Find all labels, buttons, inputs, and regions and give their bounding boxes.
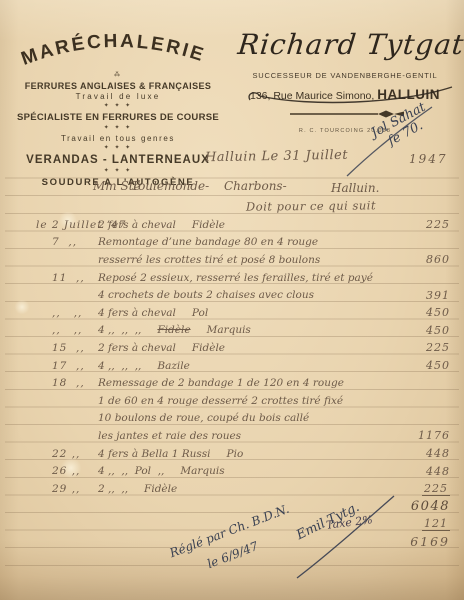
entry-date: 15 ,,: [0, 342, 98, 354]
entry-text: 10 boulons de roue, coupé du bois callé: [98, 412, 309, 424]
entry-description: 4 ,, ,, Pol ,,Marquis: [98, 465, 400, 477]
ornament-icon: ✦ ✦ ✦: [16, 168, 220, 175]
ledger-row: 15 ,,2 fers à chevalFidèle225: [0, 339, 464, 357]
svg-text:MARÉCHALERIE: MARÉCHALERIE: [19, 31, 208, 70]
amount-value: 225: [422, 482, 450, 496]
entry-description: Remontage d’une bandage 80 en 4 rouge: [98, 236, 400, 248]
entry-text: 4 fers à Bella 1 Russi: [98, 448, 211, 460]
entry-amount: 450: [400, 306, 464, 319]
entry-description: Reposé 2 essieux, resserré les ferailles…: [98, 272, 400, 284]
street-address: 136, Rue Maurice Simono,: [250, 90, 374, 102]
amount-value: 450: [426, 324, 450, 337]
client-city: Halluin.: [331, 181, 379, 195]
arched-title: MARÉCHALERIE: [16, 24, 220, 70]
amount-value: 1176: [418, 429, 450, 442]
ledger-row: 10 boulons de roue, coupé du bois callé: [0, 410, 464, 428]
entry-text: resserré les crottes tiré et posé 8 boul…: [98, 254, 320, 266]
entry-date: 17 ,,: [0, 360, 98, 372]
successor-line: SUCCESSEUR DE VANDENBERGHE-GENTIL: [238, 71, 452, 80]
invoice-document: MARÉCHALERIE ⁂ FERRURES ANGLAISES & FRAN…: [0, 0, 464, 600]
ledger-row: 11 ,,Reposé 2 essieux, resserré les fera…: [0, 269, 464, 287]
entry-description: 2 ,, ,,Fidèle: [98, 483, 400, 495]
entry-date: 22 ,,: [0, 448, 98, 460]
letterhead-line-specialiste: SPÉCIALISTE EN FERRURES DE COURSE: [16, 112, 220, 123]
entry-amount: 860: [400, 253, 464, 266]
horse-name: Fidèle: [192, 219, 225, 231]
horse-name: Fidèle: [192, 342, 225, 354]
entry-text: 2 ,, ,,: [98, 483, 128, 495]
letterhead-title: MARÉCHALERIE: [19, 31, 208, 70]
horse-name: Bazile: [157, 360, 189, 372]
entry-description: les jantes et raie des roues: [98, 430, 400, 442]
entry-amount: 448: [400, 447, 464, 460]
entry-description: 2 fers à chevalFidèle: [98, 219, 400, 231]
ledger-row: resserré les crottes tiré et posé 8 boul…: [0, 251, 464, 269]
ledger-row: 7 ,,Remontage d’une bandage 80 en 4 roug…: [0, 234, 464, 252]
entry-description: 2 fers à chevalFidèle: [98, 342, 400, 354]
horse-name: Marquis: [207, 324, 251, 336]
letterhead-line-verandas: VERANDAS - LANTERNEAUX: [16, 154, 220, 166]
ledger-row: 29 ,,2 ,, ,,Fidèle225: [0, 480, 464, 498]
subtotal-row: 6048: [0, 498, 464, 516]
entry-date: 11 ,,: [0, 272, 98, 284]
ledger-rows: le 2 Juillet ’472 fers à chevalFidèle225…: [0, 216, 464, 498]
amount-value: 450: [426, 359, 450, 372]
amount-value: 391: [426, 289, 450, 302]
entry-date: le 2 Juillet ’47: [0, 219, 98, 231]
entry-text: Remontage d’une bandage 80 en 4 rouge: [98, 236, 318, 248]
entry-description: 4 fers à Bella 1 RussiPio: [98, 448, 400, 460]
entry-description: resserré les crottes tiré et posé 8 boul…: [98, 254, 400, 266]
entry-amount: 225: [400, 218, 464, 231]
ledger-row: 26 ,,4 ,, ,, Pol ,,Marquis448: [0, 462, 464, 480]
ornament-icon: ✦ ✦ ✦: [16, 103, 220, 110]
client-name: Toulemonde-: [131, 179, 209, 193]
entry-description: 4 ,, ,, ,,Bazile: [98, 360, 400, 372]
ledger-row: 18 ,,Remessage de 2 bandage 1 de 120 en …: [0, 374, 464, 392]
amount-value: 448: [426, 465, 450, 478]
client-trade: Charbons-: [224, 179, 287, 193]
ledger-row: ,, ,,4 fers à chevalPol450: [0, 304, 464, 322]
year: 1947: [409, 152, 448, 166]
amount-value: 225: [426, 341, 450, 354]
entry-text: les jantes et raie des roues: [98, 430, 241, 442]
ledger-row: 4 crochets de bouts 2 chaises avec clous…: [0, 286, 464, 304]
entry-text: 4 ,, ,, ,,: [98, 360, 141, 372]
entry-text: 2 fers à cheval: [98, 219, 176, 231]
company-name: Richard Tytgat: [236, 28, 453, 61]
place-date: Halluin Le 31 Juillet: [205, 148, 348, 165]
entry-date: 7 ,,: [0, 236, 98, 248]
entry-amount: 225: [400, 482, 464, 495]
total-amount: 6169: [400, 534, 464, 549]
ledger-row: 1 de 60 en 4 rouge desserré 2 crottes ti…: [0, 392, 464, 410]
entry-date: ,, ,,: [0, 307, 98, 319]
entry-amount: 450: [400, 324, 464, 337]
entry-text: 1 de 60 en 4 rouge desserré 2 crottes ti…: [98, 395, 343, 407]
ledger-row: 22 ,,4 fers à Bella 1 RussiPio448: [0, 445, 464, 463]
horse-name: Pol: [192, 307, 208, 319]
entry-amount: 225: [400, 341, 464, 354]
entry-description: 4 fers à chevalPol: [98, 307, 400, 319]
ornament-icon: ✦ ✦ ✦: [16, 125, 220, 132]
amount-value: 225: [426, 218, 450, 231]
ledger-row: le 2 Juillet ’472 fers à chevalFidèle225: [0, 216, 464, 234]
horse-name: Pio: [227, 448, 244, 460]
entry-text: 4 fers à cheval: [98, 307, 176, 319]
entry-date: 26 ,,: [0, 465, 98, 477]
entry-description: Remessage de 2 bandage 1 de 120 en 4 rou…: [98, 377, 400, 389]
entry-text: 4 ,, ,, Pol ,,: [98, 465, 164, 477]
entry-description: 10 boulons de roue, coupé du bois callé: [98, 412, 400, 424]
entry-struck-text: Fidèle: [157, 324, 190, 336]
entry-text: Reposé 2 essieux, resserré les ferailles…: [98, 272, 373, 284]
ornament-icon: ✦ ✦ ✦: [16, 145, 220, 152]
entry-date: ,, ,,: [0, 324, 98, 336]
ornament-icon: ⁂: [16, 72, 220, 79]
amount-value: 860: [426, 253, 450, 266]
horse-name: Marquis: [180, 465, 224, 477]
entry-text: 4 crochets de bouts 2 chaises avec clous: [98, 289, 314, 301]
horse-name: Fidèle: [144, 483, 177, 495]
entry-description: 1 de 60 en 4 rouge desserré 2 crottes ti…: [98, 395, 400, 407]
letterhead-left: MARÉCHALERIE ⁂ FERRURES ANGLAISES & FRAN…: [16, 24, 220, 189]
tax-amount: 121: [422, 517, 450, 531]
letterhead-line-ferrures: FERRURES ANGLAISES & FRANÇAISES: [16, 81, 220, 91]
ledger-row: ,, ,,4 ,, ,, ,,FidèleMarquis450: [0, 322, 464, 340]
amount-value: 448: [426, 447, 450, 460]
entry-date: 29 ,,: [0, 483, 98, 495]
entry-description: 4 ,, ,, ,,FidèleMarquis: [98, 324, 400, 336]
entry-amount: 1176: [400, 429, 464, 442]
entry-amount: 391: [400, 289, 464, 302]
doit-line: Doit pour ce qui suit: [246, 198, 376, 213]
letterhead-line-travail-luxe: Travail de luxe: [16, 92, 220, 101]
subtotal-amount: 6048: [400, 499, 464, 514]
ledger-row: les jantes et raie des roues1176: [0, 427, 464, 445]
entry-text: Remessage de 2 bandage 1 de 120 en 4 rou…: [98, 377, 344, 389]
entry-amount: 450: [400, 359, 464, 372]
entry-text: 4 ,, ,, ,,: [98, 324, 141, 336]
entry-description: 4 crochets de bouts 2 chaises avec clous: [98, 289, 400, 301]
amount-value: 450: [426, 306, 450, 319]
ledger-row: 17 ,,4 ,, ,, ,,Bazile450: [0, 357, 464, 375]
ledger: le 2 Juillet ’472 fers à chevalFidèle225…: [0, 216, 464, 550]
entry-amount: 448: [400, 465, 464, 478]
letterhead-line-genres: Travail en tous genres: [16, 134, 220, 143]
entry-text: 2 fers à cheval: [98, 342, 176, 354]
entry-date: 18 ,,: [0, 377, 98, 389]
